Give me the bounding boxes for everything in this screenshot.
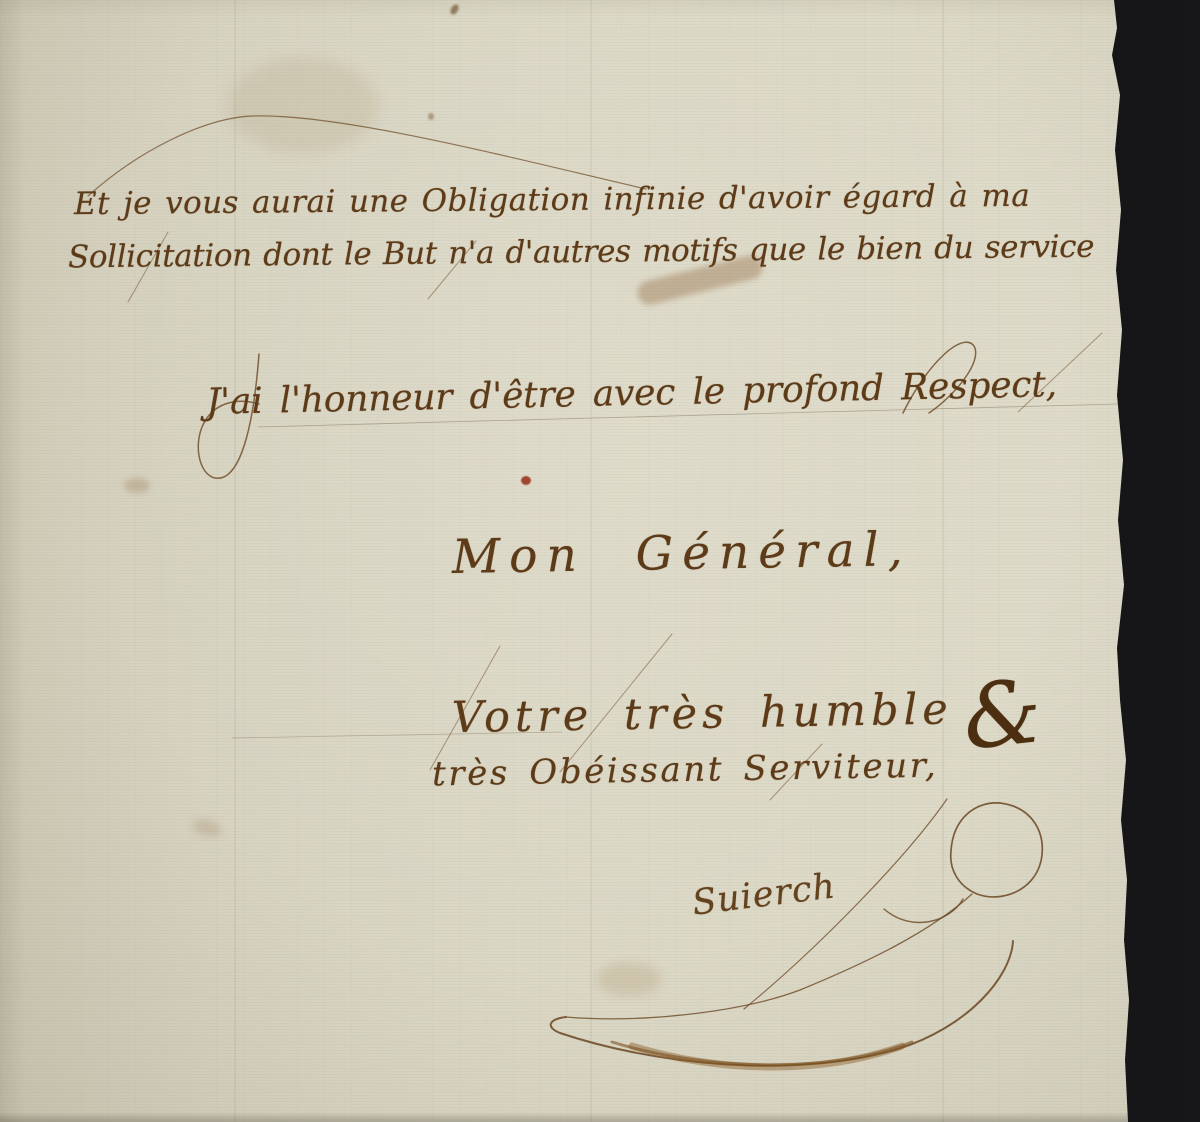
paper-edge-shading (0, 0, 1200, 1122)
photo-backdrop: Et je vous aurai une Obligation infinie … (0, 0, 1200, 1122)
letter-paper: Et je vous aurai une Obligation infinie … (0, 0, 1200, 1122)
